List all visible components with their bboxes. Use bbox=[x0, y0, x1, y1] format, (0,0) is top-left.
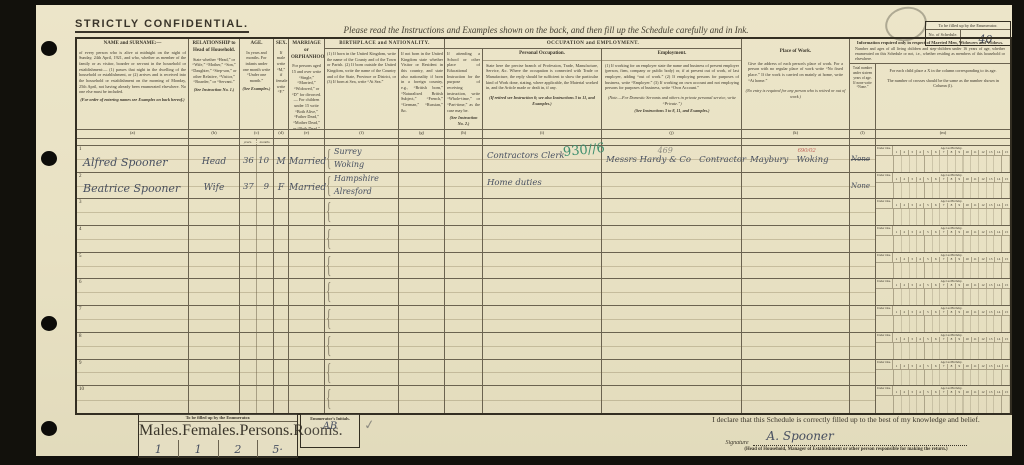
column-header-birthplace: (1) If born in the United Kingdom, write… bbox=[325, 49, 399, 129]
employment-cell bbox=[602, 173, 742, 199]
paper-sheet: STRICTLY CONFIDENTIAL. Please read the I… bbox=[36, 5, 1012, 456]
age-grid-cells bbox=[876, 370, 1010, 386]
enumerator-initials-box: Enumerator's Initials. AB bbox=[300, 413, 360, 448]
age-months-value: 10 bbox=[258, 156, 269, 166]
place-of-work-cell: 690/02 Maybury Woking bbox=[742, 146, 850, 172]
age-grid-cells bbox=[876, 209, 1010, 225]
school-cell bbox=[445, 146, 483, 172]
under-one-label: Under One. bbox=[876, 226, 893, 235]
school-cell bbox=[445, 279, 483, 305]
birthplace-cell: { bbox=[325, 333, 399, 359]
nationality-cell bbox=[399, 173, 445, 199]
children-total-value: None bbox=[851, 155, 870, 163]
age-years-value: 36 bbox=[243, 156, 254, 166]
occupation-cell bbox=[483, 306, 602, 332]
birthplace-cell: { bbox=[325, 360, 399, 386]
row-number: 10 bbox=[79, 387, 84, 392]
signature-value: A. Spooner bbox=[767, 429, 834, 443]
children-age-grid: Under One. Age last Birthday. 1234567891… bbox=[876, 173, 1010, 199]
nationality-cell bbox=[399, 253, 445, 279]
birth-town-value: Woking bbox=[334, 161, 398, 169]
printed-brace: { bbox=[326, 173, 331, 199]
employment-cell bbox=[602, 333, 742, 359]
under-one-label: Under One. bbox=[876, 173, 893, 182]
under-one-label: Under One. bbox=[876, 199, 893, 208]
occupation-value: Contractors Clerk bbox=[487, 151, 565, 161]
name-cell: 5 bbox=[77, 253, 189, 279]
column-group-occupation: OCCUPATION and EMPLOYMENT. If attending … bbox=[445, 39, 742, 129]
column-letter-row: (a) (b) (c) (d) (e) (f) (g) (h) (i) (j) … bbox=[77, 130, 1010, 139]
name-cell: 2 Beatrice Spooner bbox=[77, 173, 189, 199]
relationship-cell bbox=[189, 333, 240, 359]
age-number-headers: 123456789101112131415 bbox=[893, 310, 1010, 315]
marriage-value: Married bbox=[289, 157, 324, 167]
under-one-label: Under One. bbox=[876, 333, 893, 342]
row-number: 7 bbox=[79, 307, 82, 312]
name-cell: 8 bbox=[77, 333, 189, 359]
age-months-value: 9 bbox=[264, 182, 269, 192]
column-header-name: NAME and SURNAME:— of every person who i… bbox=[77, 39, 189, 129]
children-age-grid: Under One. Age last Birthday. 1234567891… bbox=[876, 146, 1010, 172]
occupation-cell bbox=[483, 360, 602, 386]
age-number-headers: 123456789101112131415 bbox=[893, 257, 1010, 262]
children-age-grid: Under One. Age last Birthday. 1234567891… bbox=[876, 279, 1010, 305]
nationality-cell bbox=[399, 360, 445, 386]
employer-value: Messrs Hardy & Co Contractor bbox=[606, 155, 746, 165]
birthplace-cell: { bbox=[325, 253, 399, 279]
printed-brace: { bbox=[326, 360, 331, 386]
employment-cell bbox=[602, 279, 742, 305]
birthplace-cell: { bbox=[325, 279, 399, 305]
children-age-grid: Under One. Age last Birthday. 1234567891… bbox=[876, 253, 1010, 279]
name-cell: 3 bbox=[77, 199, 189, 225]
birth-county-value: Hampshire bbox=[334, 175, 398, 183]
row-number: 8 bbox=[79, 334, 82, 339]
relationship-cell: Head bbox=[189, 146, 240, 172]
row-number: 6 bbox=[79, 280, 82, 285]
instruction-note: Please read the Instructions and Example… bbox=[286, 25, 806, 35]
relationship-cell bbox=[189, 306, 240, 332]
under-one-label: Under One. bbox=[876, 146, 893, 155]
birth-county-value: Surrey bbox=[334, 148, 398, 156]
marriage-cell bbox=[289, 199, 325, 225]
age-cell bbox=[240, 199, 274, 225]
occupation-cell bbox=[483, 333, 602, 359]
table-row: 9 bbox=[77, 360, 1010, 387]
table-body: 1 Alfred Spooner Head 36 10 M bbox=[77, 146, 1010, 413]
declaration-text: I declare that this Schedule is correctl… bbox=[686, 415, 1006, 424]
school-cell bbox=[445, 199, 483, 225]
column-header-nationality: If not born in the United Kingdom state … bbox=[399, 49, 445, 129]
birth-town-value: Alresford bbox=[334, 188, 398, 196]
sex-value: M bbox=[274, 157, 288, 167]
employment-cell bbox=[602, 199, 742, 225]
place-code-red: 690/02 bbox=[798, 147, 816, 154]
sex-cell bbox=[274, 226, 289, 252]
age-grid-cells bbox=[876, 396, 1010, 413]
occupation-cell bbox=[483, 199, 602, 225]
punch-hole bbox=[41, 41, 57, 56]
relationship-value: Head bbox=[189, 157, 239, 167]
children-age-grid: Under One. Age last Birthday. 1234567891… bbox=[876, 386, 1010, 413]
sex-cell bbox=[274, 386, 289, 413]
name-value: Beatrice Spooner bbox=[83, 182, 180, 195]
column-group-birthplace: BIRTHPLACE and NATIONALITY. (1) If born … bbox=[325, 39, 445, 129]
confidential-title: STRICTLY CONFIDENTIAL. bbox=[75, 18, 249, 33]
age-number-headers: 123456789101112131415 bbox=[893, 337, 1010, 342]
table-row: 5 bbox=[77, 253, 1010, 280]
printed-brace: { bbox=[326, 333, 331, 359]
marriage-cell bbox=[289, 333, 325, 359]
initials-label: Enumerator's Initials. bbox=[301, 414, 359, 421]
name-value: Alfred Spooner bbox=[83, 156, 168, 169]
employment-cell bbox=[602, 306, 742, 332]
relationship-value: Wife bbox=[189, 183, 239, 193]
occupation-code-stamp: 930//6 bbox=[563, 141, 606, 160]
children-total-cell bbox=[850, 253, 876, 279]
nationality-cell bbox=[399, 306, 445, 332]
nationality-cell bbox=[399, 279, 445, 305]
signature-label: Signature bbox=[725, 440, 748, 446]
employment-cell bbox=[602, 386, 742, 413]
under-one-label: Under One. bbox=[876, 253, 893, 262]
column-header-children-total: Total number under sixteen years of age.… bbox=[850, 64, 876, 129]
table-header: NAME and SURNAME:— of every person who i… bbox=[77, 39, 1010, 130]
children-age-grid: Under One. Age last Birthday. 1234567891… bbox=[876, 333, 1010, 359]
relationship-cell bbox=[189, 279, 240, 305]
marriage-cell bbox=[289, 253, 325, 279]
age-number-headers: 123456789101112131415 bbox=[893, 177, 1010, 182]
column-header-children-grid: For each child place a X in the column c… bbox=[876, 64, 1010, 129]
row-number: 9 bbox=[79, 361, 82, 366]
row-number: 4 bbox=[79, 227, 82, 232]
school-cell bbox=[445, 306, 483, 332]
relationship-cell: Wife bbox=[189, 173, 240, 199]
age-grid-cells bbox=[876, 263, 1010, 279]
column-header-marriage: MARRIAGE or ORPHANHOOD. For persons aged… bbox=[289, 39, 325, 129]
row-number: 2 bbox=[79, 174, 82, 179]
place-of-work-value: Maybury Woking bbox=[750, 155, 829, 165]
sex-cell bbox=[274, 306, 289, 332]
employment-cell: 469 Messrs Hardy & Co Contractor bbox=[602, 146, 742, 172]
printed-brace: { bbox=[326, 199, 331, 225]
age-cell: 37 9 bbox=[240, 173, 274, 199]
birthplace-cell: { bbox=[325, 386, 399, 413]
age-cell bbox=[240, 279, 274, 305]
children-total-cell bbox=[850, 333, 876, 359]
table-row: 2 Beatrice Spooner Wife 37 9 F bbox=[77, 173, 1010, 200]
marriage-cell: Married bbox=[289, 146, 325, 172]
occupation-cell bbox=[483, 279, 602, 305]
name-cell: 7 bbox=[77, 306, 189, 332]
nationality-cell bbox=[399, 199, 445, 225]
sex-cell bbox=[274, 333, 289, 359]
marriage-cell bbox=[289, 226, 325, 252]
age-number-headers: 123456789101112131415 bbox=[893, 390, 1010, 395]
relationship-cell bbox=[189, 226, 240, 252]
age-number-headers: 123456789101112131415 bbox=[893, 283, 1010, 288]
employment-cell bbox=[602, 360, 742, 386]
children-total-cell bbox=[850, 386, 876, 413]
under-one-label: Under One. bbox=[876, 360, 893, 369]
table-row: 10 bbox=[77, 386, 1010, 413]
place-of-work-cell bbox=[742, 279, 850, 305]
age-years-value: 37 bbox=[243, 182, 254, 192]
column-header-employment: Employment. (1) If working for an employ… bbox=[602, 49, 742, 129]
column-header-age: AGE. In years and months. For infants un… bbox=[240, 39, 274, 129]
row-number: 5 bbox=[79, 254, 82, 259]
enumerator-box-title: To be filled up by the Enumerator. bbox=[139, 414, 297, 422]
printed-brace: { bbox=[326, 386, 331, 412]
age-cell bbox=[240, 306, 274, 332]
punch-hole bbox=[41, 316, 57, 331]
employment-cell bbox=[602, 253, 742, 279]
nationality-cell bbox=[399, 226, 445, 252]
row-number: 1 bbox=[79, 147, 82, 152]
sex-cell bbox=[274, 279, 289, 305]
occupation-cell: Contractors Clerk 930//6 bbox=[483, 146, 602, 172]
name-cell: 4 bbox=[77, 226, 189, 252]
occupation-cell bbox=[483, 226, 602, 252]
sex-cell bbox=[274, 199, 289, 225]
enumerator-box-values: 1125· bbox=[139, 440, 297, 457]
school-cell bbox=[445, 226, 483, 252]
age-cell bbox=[240, 386, 274, 413]
relationship-cell bbox=[189, 199, 240, 225]
name-cell: 10 bbox=[77, 386, 189, 413]
age-grid-cells bbox=[876, 183, 1010, 199]
nationality-cell bbox=[399, 146, 445, 172]
age-number-headers: 123456789101112131415 bbox=[893, 364, 1010, 369]
age-cell bbox=[240, 253, 274, 279]
column-header-relationship: RELATIONSHIP to Head of Household. State… bbox=[189, 39, 240, 129]
age-grid-cells bbox=[876, 316, 1010, 332]
age-cell bbox=[240, 333, 274, 359]
column-header-sex: SEX. If male write “M,” if female write … bbox=[274, 39, 289, 129]
column-header-place-of-work: Place of Work. Give the address of each … bbox=[742, 39, 850, 129]
scanned-census-schedule: STRICTLY CONFIDENTIAL. Please read the I… bbox=[0, 0, 1024, 465]
initials-value: AB bbox=[301, 421, 359, 432]
school-cell bbox=[445, 173, 483, 199]
place-of-work-cell bbox=[742, 253, 850, 279]
occupation-value: Home duties bbox=[487, 178, 542, 188]
age-subheader-strip: years. months. bbox=[77, 139, 1010, 146]
occupation-cell bbox=[483, 386, 602, 413]
relationship-cell bbox=[189, 360, 240, 386]
children-age-grid: Under One. Age last Birthday. 1234567891… bbox=[876, 306, 1010, 332]
column-header-school: If attending a School or other place of … bbox=[445, 49, 483, 129]
school-cell bbox=[445, 360, 483, 386]
employer-code-pencil: 469 bbox=[658, 146, 673, 155]
children-age-grid: Under One. Age last Birthday. 1234567891… bbox=[876, 226, 1010, 252]
pencil-checkmark: ✓ bbox=[363, 416, 376, 433]
school-cell bbox=[445, 386, 483, 413]
relationship-cell bbox=[189, 253, 240, 279]
under-one-label: Under One. bbox=[876, 279, 893, 288]
under-one-label: Under One. bbox=[876, 306, 893, 315]
children-total-cell bbox=[850, 306, 876, 332]
birthplace-cell: { Hampshire Alresford bbox=[325, 173, 399, 199]
place-of-work-cell bbox=[742, 173, 850, 199]
children-total-cell bbox=[850, 279, 876, 305]
sex-value: F bbox=[274, 183, 288, 193]
school-cell bbox=[445, 333, 483, 359]
children-total-cell bbox=[850, 199, 876, 225]
printed-brace: { bbox=[326, 226, 331, 252]
sex-cell: F bbox=[274, 173, 289, 199]
children-total-value: None bbox=[851, 182, 870, 190]
age-number-headers: 123456789101112131415 bbox=[893, 203, 1010, 208]
nationality-cell bbox=[399, 333, 445, 359]
employment-cell bbox=[602, 226, 742, 252]
occupation-cell: Home duties bbox=[483, 173, 602, 199]
age-grid-cells bbox=[876, 343, 1010, 359]
place-of-work-cell bbox=[742, 360, 850, 386]
children-total-cell bbox=[850, 360, 876, 386]
age-grid-cells bbox=[876, 156, 1010, 172]
column-header-personal-occupation: Personal Occupation. State here the prec… bbox=[483, 49, 602, 129]
printed-brace: { bbox=[326, 253, 331, 279]
school-cell bbox=[445, 253, 483, 279]
children-age-grid: Under One. Age last Birthday. 1234567891… bbox=[876, 199, 1010, 225]
name-cell: 9 bbox=[77, 360, 189, 386]
age-months-label: months. bbox=[256, 139, 273, 145]
table-row: 6 bbox=[77, 279, 1010, 306]
nationality-cell bbox=[399, 386, 445, 413]
age-grid-cells bbox=[876, 236, 1010, 252]
punch-hole bbox=[41, 151, 57, 166]
marriage-value: Married bbox=[289, 183, 324, 193]
enumerator-summary-box: To be filled up by the Enumerator. Males… bbox=[138, 413, 298, 458]
table-row: 4 bbox=[77, 226, 1010, 253]
census-table: NAME and SURNAME:— of every person who i… bbox=[75, 37, 1012, 415]
marriage-cell bbox=[289, 386, 325, 413]
children-age-grid: Under One. Age last Birthday. 1234567891… bbox=[876, 360, 1010, 386]
place-of-work-cell bbox=[742, 333, 850, 359]
printed-brace: { bbox=[326, 306, 331, 332]
printed-brace: { bbox=[326, 279, 331, 305]
table-row: 1 Alfred Spooner Head 36 10 M bbox=[77, 146, 1010, 173]
age-number-headers: 123456789101112131415 bbox=[893, 230, 1010, 235]
birthplace-cell: { bbox=[325, 226, 399, 252]
printed-brace: { bbox=[326, 146, 331, 172]
table-row: 8 bbox=[77, 333, 1010, 360]
children-total-cell: None bbox=[850, 146, 876, 172]
punch-hole bbox=[41, 421, 57, 436]
age-cell bbox=[240, 360, 274, 386]
row-number: 3 bbox=[79, 200, 82, 205]
marriage-cell bbox=[289, 360, 325, 386]
age-cell: 36 10 bbox=[240, 146, 274, 172]
sex-cell: M bbox=[274, 146, 289, 172]
birthplace-cell: { Surrey Woking bbox=[325, 146, 399, 172]
place-of-work-cell bbox=[742, 199, 850, 225]
children-total-cell: None bbox=[850, 173, 876, 199]
marriage-cell bbox=[289, 306, 325, 332]
age-cell bbox=[240, 226, 274, 252]
place-of-work-cell bbox=[742, 386, 850, 413]
name-cell: 6 bbox=[77, 279, 189, 305]
schedule-box-title: To be filled up by the Enumerator. bbox=[926, 22, 1010, 30]
relationship-cell bbox=[189, 386, 240, 413]
birthplace-cell: { bbox=[325, 199, 399, 225]
place-of-work-cell bbox=[742, 306, 850, 332]
under-one-label: Under One. bbox=[876, 386, 893, 395]
place-of-work-cell bbox=[742, 226, 850, 252]
occupation-cell bbox=[483, 253, 602, 279]
name-cell: 1 Alfred Spooner bbox=[77, 146, 189, 172]
age-number-headers: 123456789101112131415 bbox=[893, 150, 1010, 155]
table-row: 3 bbox=[77, 199, 1010, 226]
marriage-cell bbox=[289, 279, 325, 305]
children-total-cell bbox=[850, 226, 876, 252]
declaration-note: (Head of Household, Manager of Establish… bbox=[686, 447, 1006, 452]
sex-cell bbox=[274, 253, 289, 279]
birthplace-cell: { bbox=[325, 306, 399, 332]
enumerator-box-labels: Males.Females.Persons.Rooms. bbox=[139, 422, 297, 440]
age-years-label: years. bbox=[240, 139, 256, 145]
declaration-block: I declare that this Schedule is correctl… bbox=[686, 415, 1006, 452]
column-group-children: Information required only in respect of … bbox=[850, 39, 1010, 129]
marriage-cell: Married bbox=[289, 173, 325, 199]
table-row: 7 bbox=[77, 306, 1010, 333]
age-grid-cells bbox=[876, 289, 1010, 305]
sex-cell bbox=[274, 360, 289, 386]
